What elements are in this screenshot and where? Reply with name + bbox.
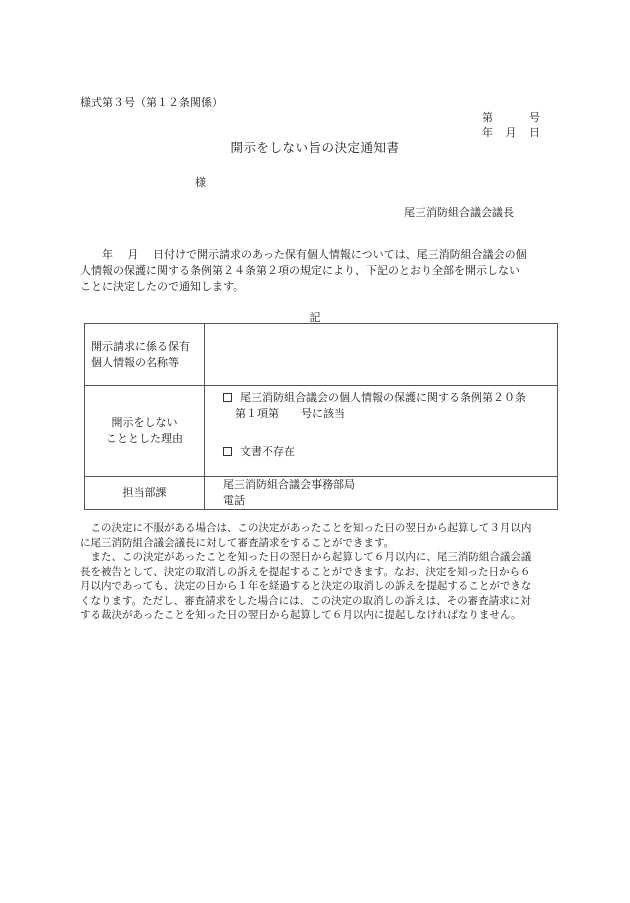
notice-line: する裁決があったことを知った日の翌日から起算して６月以内に提起しなければなりませ… [80, 608, 565, 623]
detail-table: 開示請求に係る保有 個人情報の名称等 開示をしない こととした理由 尾三消防組合… [84, 323, 558, 510]
label-record-name: 開示請求に係る保有 個人情報の名称等 [85, 324, 205, 386]
option-text: 文書不存在 [240, 445, 295, 458]
form-number: 様式第３号（第１２条関係） [80, 97, 223, 108]
ki-heading: 記 [0, 312, 630, 323]
date-month: 月 [506, 127, 517, 138]
checkbox-icon[interactable] [223, 447, 232, 456]
body-paragraph: 年 月 日付けで開示請求のあった保有個人情報については、尾三消防組合議会の個 人… [80, 247, 560, 295]
doc-number-suffix: 号 [529, 112, 540, 123]
reason-option-ordinance[interactable]: 尾三消防組合議会の個人情報の保護に関する条例第２０条 第１項第 号に該当 [223, 390, 549, 422]
option-text: 尾三消防組合議会の個人情報の保護に関する条例第２０条 [240, 391, 526, 404]
value-record-name[interactable] [205, 324, 558, 386]
label-line: 開示請求に係る保有 [91, 339, 198, 355]
body-line: 人情報の保護に関する条例第２４条第２項の規定により、下記のとおり全部を開示しない [80, 263, 560, 279]
document-number: 第 号 [482, 112, 540, 123]
label-department: 担当部課 [85, 477, 205, 510]
date-year: 年 [482, 127, 493, 138]
notice-line: この決定に不服がある場合は、この決定があったことを知った日の翌日から起算して３月… [80, 521, 565, 536]
label-line: 開示をしない [91, 415, 198, 431]
table-row-record-name: 開示請求に係る保有 個人情報の名称等 [85, 324, 558, 386]
notice-line: また、この決定があったことを知った日の翌日から起算して６月以内に、尾三消防組合議… [80, 550, 565, 565]
label-reason: 開示をしない こととした理由 [85, 386, 205, 477]
date-day: 日 [529, 127, 540, 138]
department-phone: 電話 [223, 493, 549, 509]
doc-number-prefix: 第 [482, 112, 493, 123]
checkbox-icon[interactable] [223, 393, 232, 402]
table-row-reason: 開示をしない こととした理由 尾三消防組合議会の個人情報の保護に関する条例第２０… [85, 386, 558, 477]
body-line: ことに決定したので通知します。 [80, 279, 560, 295]
body-line: 年 月 日付けで開示請求のあった保有個人情報については、尾三消防組合議会の個 [80, 247, 560, 263]
option-text: 第１項第 号に該当 [223, 406, 549, 422]
table-row-department: 担当部課 尾三消防組合議会事務部局 電話 [85, 477, 558, 510]
value-department: 尾三消防組合議会事務部局 電話 [205, 477, 558, 510]
reason-option-no-document[interactable]: 文書不存在 [223, 444, 549, 460]
sender: 尾三消防組合議会議長 [404, 207, 514, 218]
document-title: 開示をしない旨の決定通知書 [0, 142, 630, 155]
value-reason: 尾三消防組合議会の個人情報の保護に関する条例第２０条 第１項第 号に該当 文書不… [205, 386, 558, 477]
addressee: 様 [195, 177, 206, 188]
notice-line: 月以内であっても、決定の日から１年を経過すると決定の取消しの訴えを提起することが… [80, 579, 565, 594]
document-date: 年 月 日 [482, 127, 540, 138]
notice-line: に尾三消防組合議会議長に対して審査請求をすることができます。 [80, 536, 565, 551]
notice-line: くなります。ただし、審査請求をした場合には、この決定の取消しの訴えは、その審査請… [80, 594, 565, 609]
label-line: 個人情報の名称等 [91, 355, 198, 371]
notice-line: 長を被告として、決定の取消しの訴えを提起することができます。なお、決定を知った日… [80, 565, 565, 580]
department-name: 尾三消防組合議会事務部局 [223, 477, 549, 493]
appeal-notice: この決定に不服がある場合は、この決定があったことを知った日の翌日から起算して３月… [80, 521, 565, 623]
label-line: こととした理由 [91, 431, 198, 447]
